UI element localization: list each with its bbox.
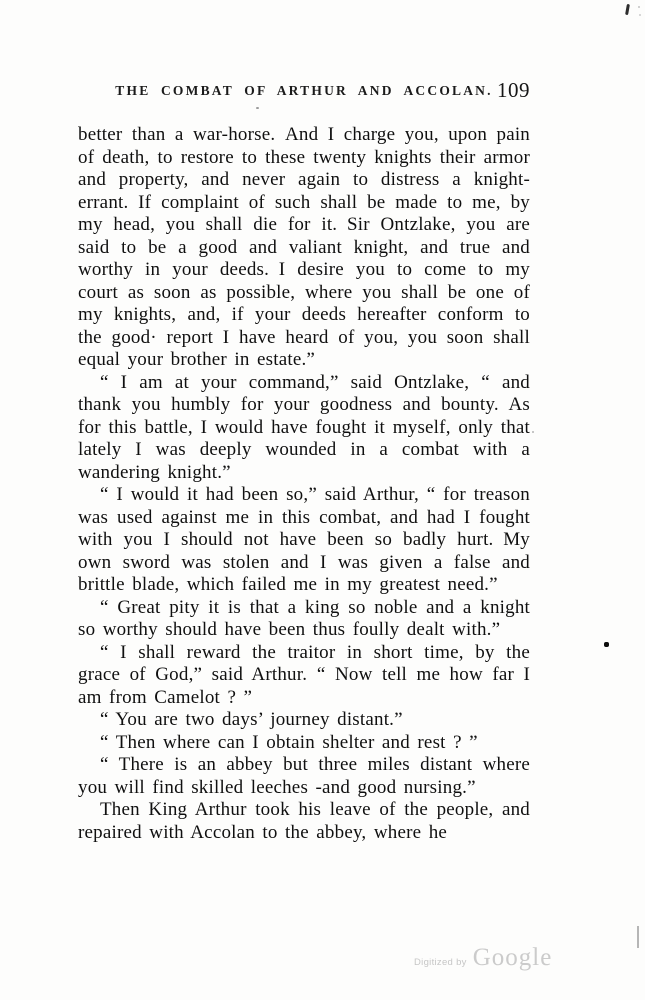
running-head: THE COMBAT OF ARTHUR AND ACCOLAN. 109 xyxy=(78,83,530,107)
watermark-prefix-label: Digitized by xyxy=(414,957,467,968)
paragraph: “ You are two days’ journey distant.” xyxy=(78,709,530,732)
digitization-watermark: Digitized by Google xyxy=(414,944,552,972)
page-body: better than a war-horse. And I charge yo… xyxy=(78,124,530,844)
ink-speck xyxy=(625,4,630,15)
google-logo: Google xyxy=(473,944,553,972)
ink-speck xyxy=(532,431,534,433)
page-number: 109 xyxy=(497,78,530,103)
paragraph: “ I am at your command,” said Ontzlake, … xyxy=(78,372,530,485)
paragraph-continuation: better than a war-horse. And I charge yo… xyxy=(78,124,530,372)
paragraph: “ There is an abbey but three miles dist… xyxy=(78,754,530,799)
paragraph: “ I would it had been so,” said Arthur, … xyxy=(78,484,530,597)
ink-speck xyxy=(639,14,641,16)
scan-artifact-line xyxy=(637,926,639,948)
paragraph: Then King Arthur took his leave of the p… xyxy=(78,799,530,844)
ink-speck xyxy=(638,6,640,8)
ink-speck xyxy=(604,642,609,647)
book-page-scan: THE COMBAT OF ARTHUR AND ACCOLAN. 109 be… xyxy=(0,0,645,1000)
chapter-running-title: THE COMBAT OF ARTHUR AND ACCOLAN. xyxy=(78,83,530,99)
ink-speck xyxy=(256,107,259,109)
paragraph: “ Then where can I obtain shelter and re… xyxy=(78,732,530,755)
paragraph: “ I shall reward the traitor in short ti… xyxy=(78,642,530,710)
paragraph: “ Great pity it is that a king so noble … xyxy=(78,597,530,642)
